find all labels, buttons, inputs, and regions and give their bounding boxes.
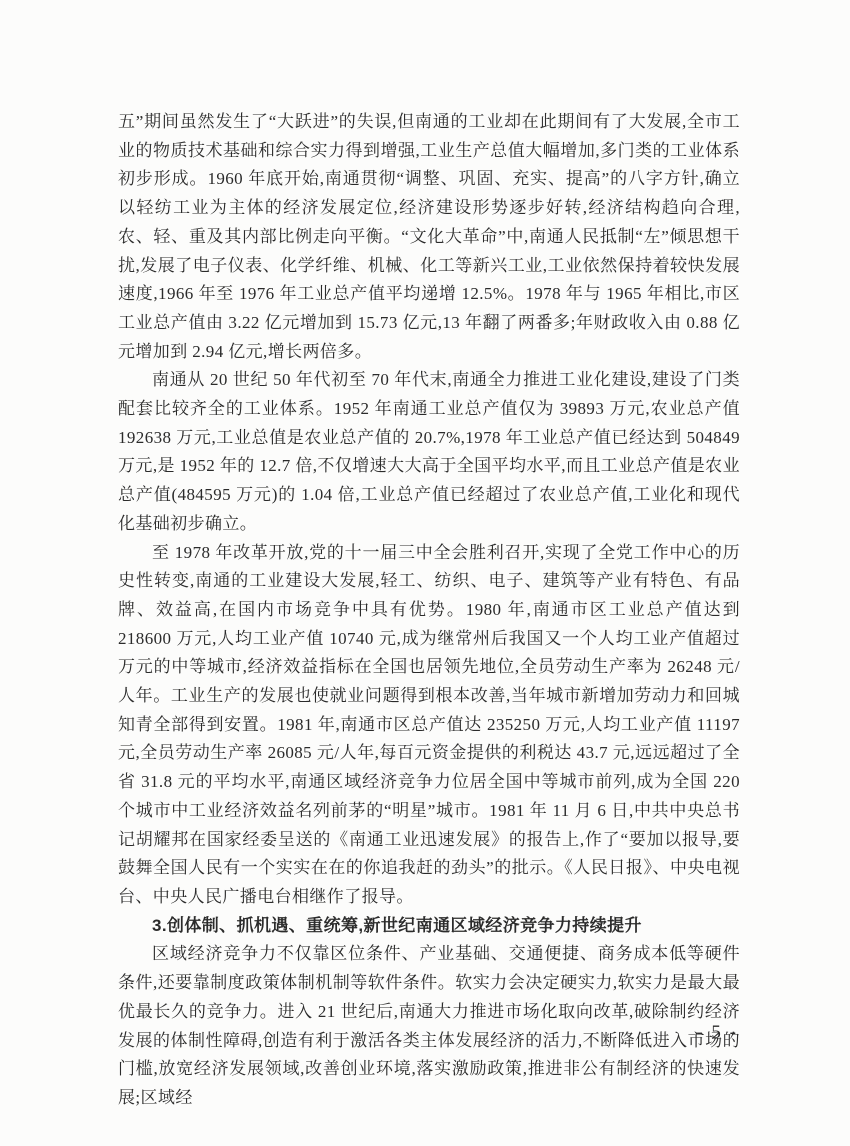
document-page: 五”期间虽然发生了“大跃进”的失误,但南通的工业却在此期间有了大发展,全市工业的… bbox=[0, 0, 850, 1146]
paragraph: 至 1978 年改革开放,党的十一届三中全会胜利召开,实现了全党工作中心的历史性… bbox=[118, 539, 740, 912]
paragraph: 区域经济竞争力不仅靠区位条件、产业基础、交通便捷、商务成本低等硬件条件,还要靠制… bbox=[118, 940, 740, 1112]
paragraph: 南通从 20 世纪 50 年代初至 70 年代末,南通全力推进工业化建设,建设了… bbox=[118, 366, 740, 538]
section-heading: 3.创体制、抓机遇、重统筹,新世纪南通区域经济竞争力持续提升 bbox=[118, 912, 740, 941]
text-block: 五”期间虽然发生了“大跃进”的失误,但南通的工业却在此期间有了大发展,全市工业的… bbox=[118, 108, 740, 1113]
paragraph-continuation: 五”期间虽然发生了“大跃进”的失误,但南通的工业却在此期间有了大发展,全市工业的… bbox=[118, 108, 740, 366]
page-number: - 5 - bbox=[696, 1022, 738, 1044]
